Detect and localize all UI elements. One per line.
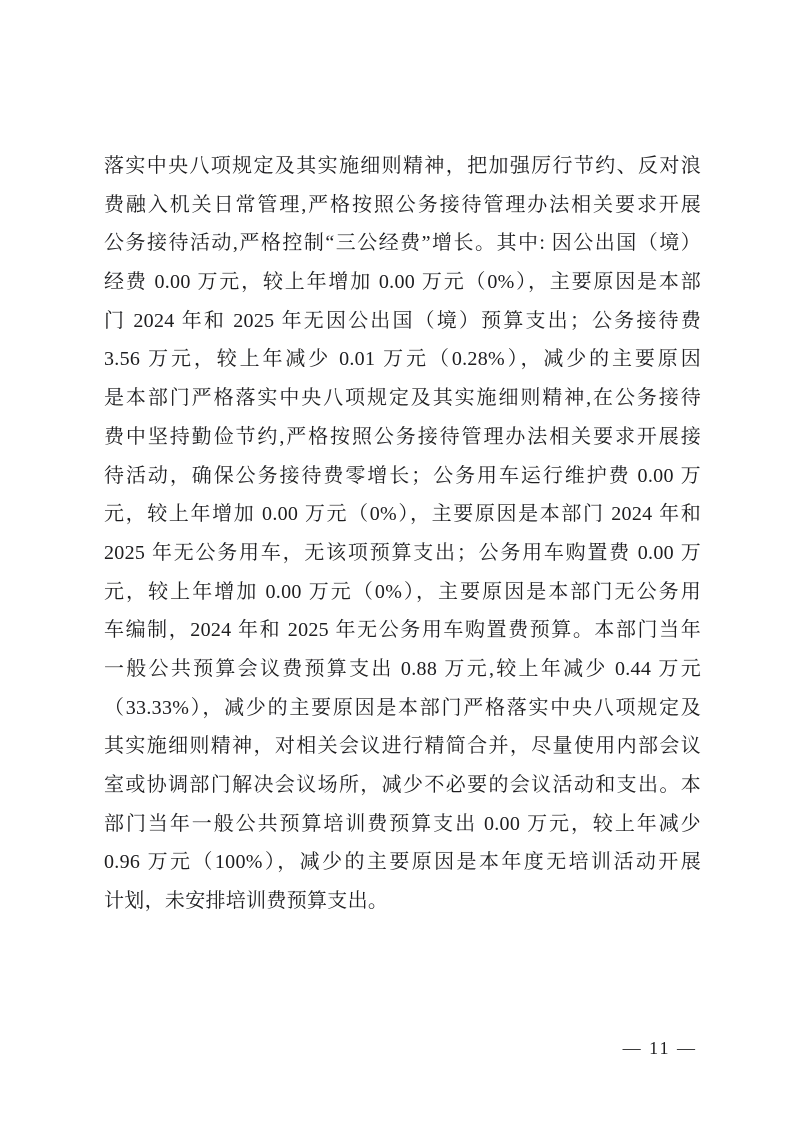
text-line: 费中坚持勤俭节约,严格按照公务接待管理办法相关要求开展接 (104, 418, 701, 457)
page-number: — 11 — (623, 1034, 697, 1062)
text-line: 0.96 万元（100%），减少的主要原因是本年度无培训活动开展 (104, 843, 701, 882)
body-paragraph: 落实中央八项规定及其实施细则精神，把加强厉行节约、反对浪 费融入机关日常管理,严… (104, 147, 701, 921)
text-line: 元，较上年增加 0.00 万元（0%），主要原因是本部门无公务用 (104, 573, 701, 612)
text-line: 公务接待活动,严格控制“三公经费”增长。其中: 因公出国（境） (104, 224, 701, 263)
text-line: 其实施细则精神，对相关会议进行精简合并，尽量使用内部会议 (104, 727, 701, 766)
document-page: 落实中央八项规定及其实施细则精神，把加强厉行节约、反对浪 费融入机关日常管理,严… (0, 0, 792, 1121)
text-line: 车编制，2024 年和 2025 年无公务用车购置费预算。本部门当年 (104, 611, 701, 650)
text-line: 计划，未安排培训费预算支出。 (104, 882, 701, 921)
text-line: 经费 0.00 万元，较上年增加 0.00 万元（0%），主要原因是本部 (104, 263, 701, 302)
text-line: 待活动，确保公务接待费零增长；公务用车运行维护费 0.00 万 (104, 457, 701, 496)
text-line: （33.33%），减少的主要原因是本部门严格落实中央八项规定及 (104, 689, 701, 728)
text-line: 费融入机关日常管理,严格按照公务接待管理办法相关要求开展 (104, 186, 701, 225)
text-line: 2025 年无公务用车，无该项预算支出；公务用车购置费 0.00 万 (104, 534, 701, 573)
text-line: 是本部门严格落实中央八项规定及其实施细则精神,在公务接待 (104, 379, 701, 418)
text-line: 部门当年一般公共预算培训费预算支出 0.00 万元，较上年减少 (104, 805, 701, 844)
text-line: 落实中央八项规定及其实施细则精神，把加强厉行节约、反对浪 (104, 147, 701, 186)
text-line: 门 2024 年和 2025 年无因公出国（境）预算支出；公务接待费 (104, 302, 701, 341)
text-line: 元，较上年增加 0.00 万元（0%），主要原因是本部门 2024 年和 (104, 495, 701, 534)
text-line: 一般公共预算会议费预算支出 0.88 万元,较上年减少 0.44 万元 (104, 650, 701, 689)
text-line: 室或协调部门解决会议场所，减少不必要的会议活动和支出。本 (104, 766, 701, 805)
text-line: 3.56 万元，较上年减少 0.01 万元（0.28%），减少的主要原因 (104, 340, 701, 379)
